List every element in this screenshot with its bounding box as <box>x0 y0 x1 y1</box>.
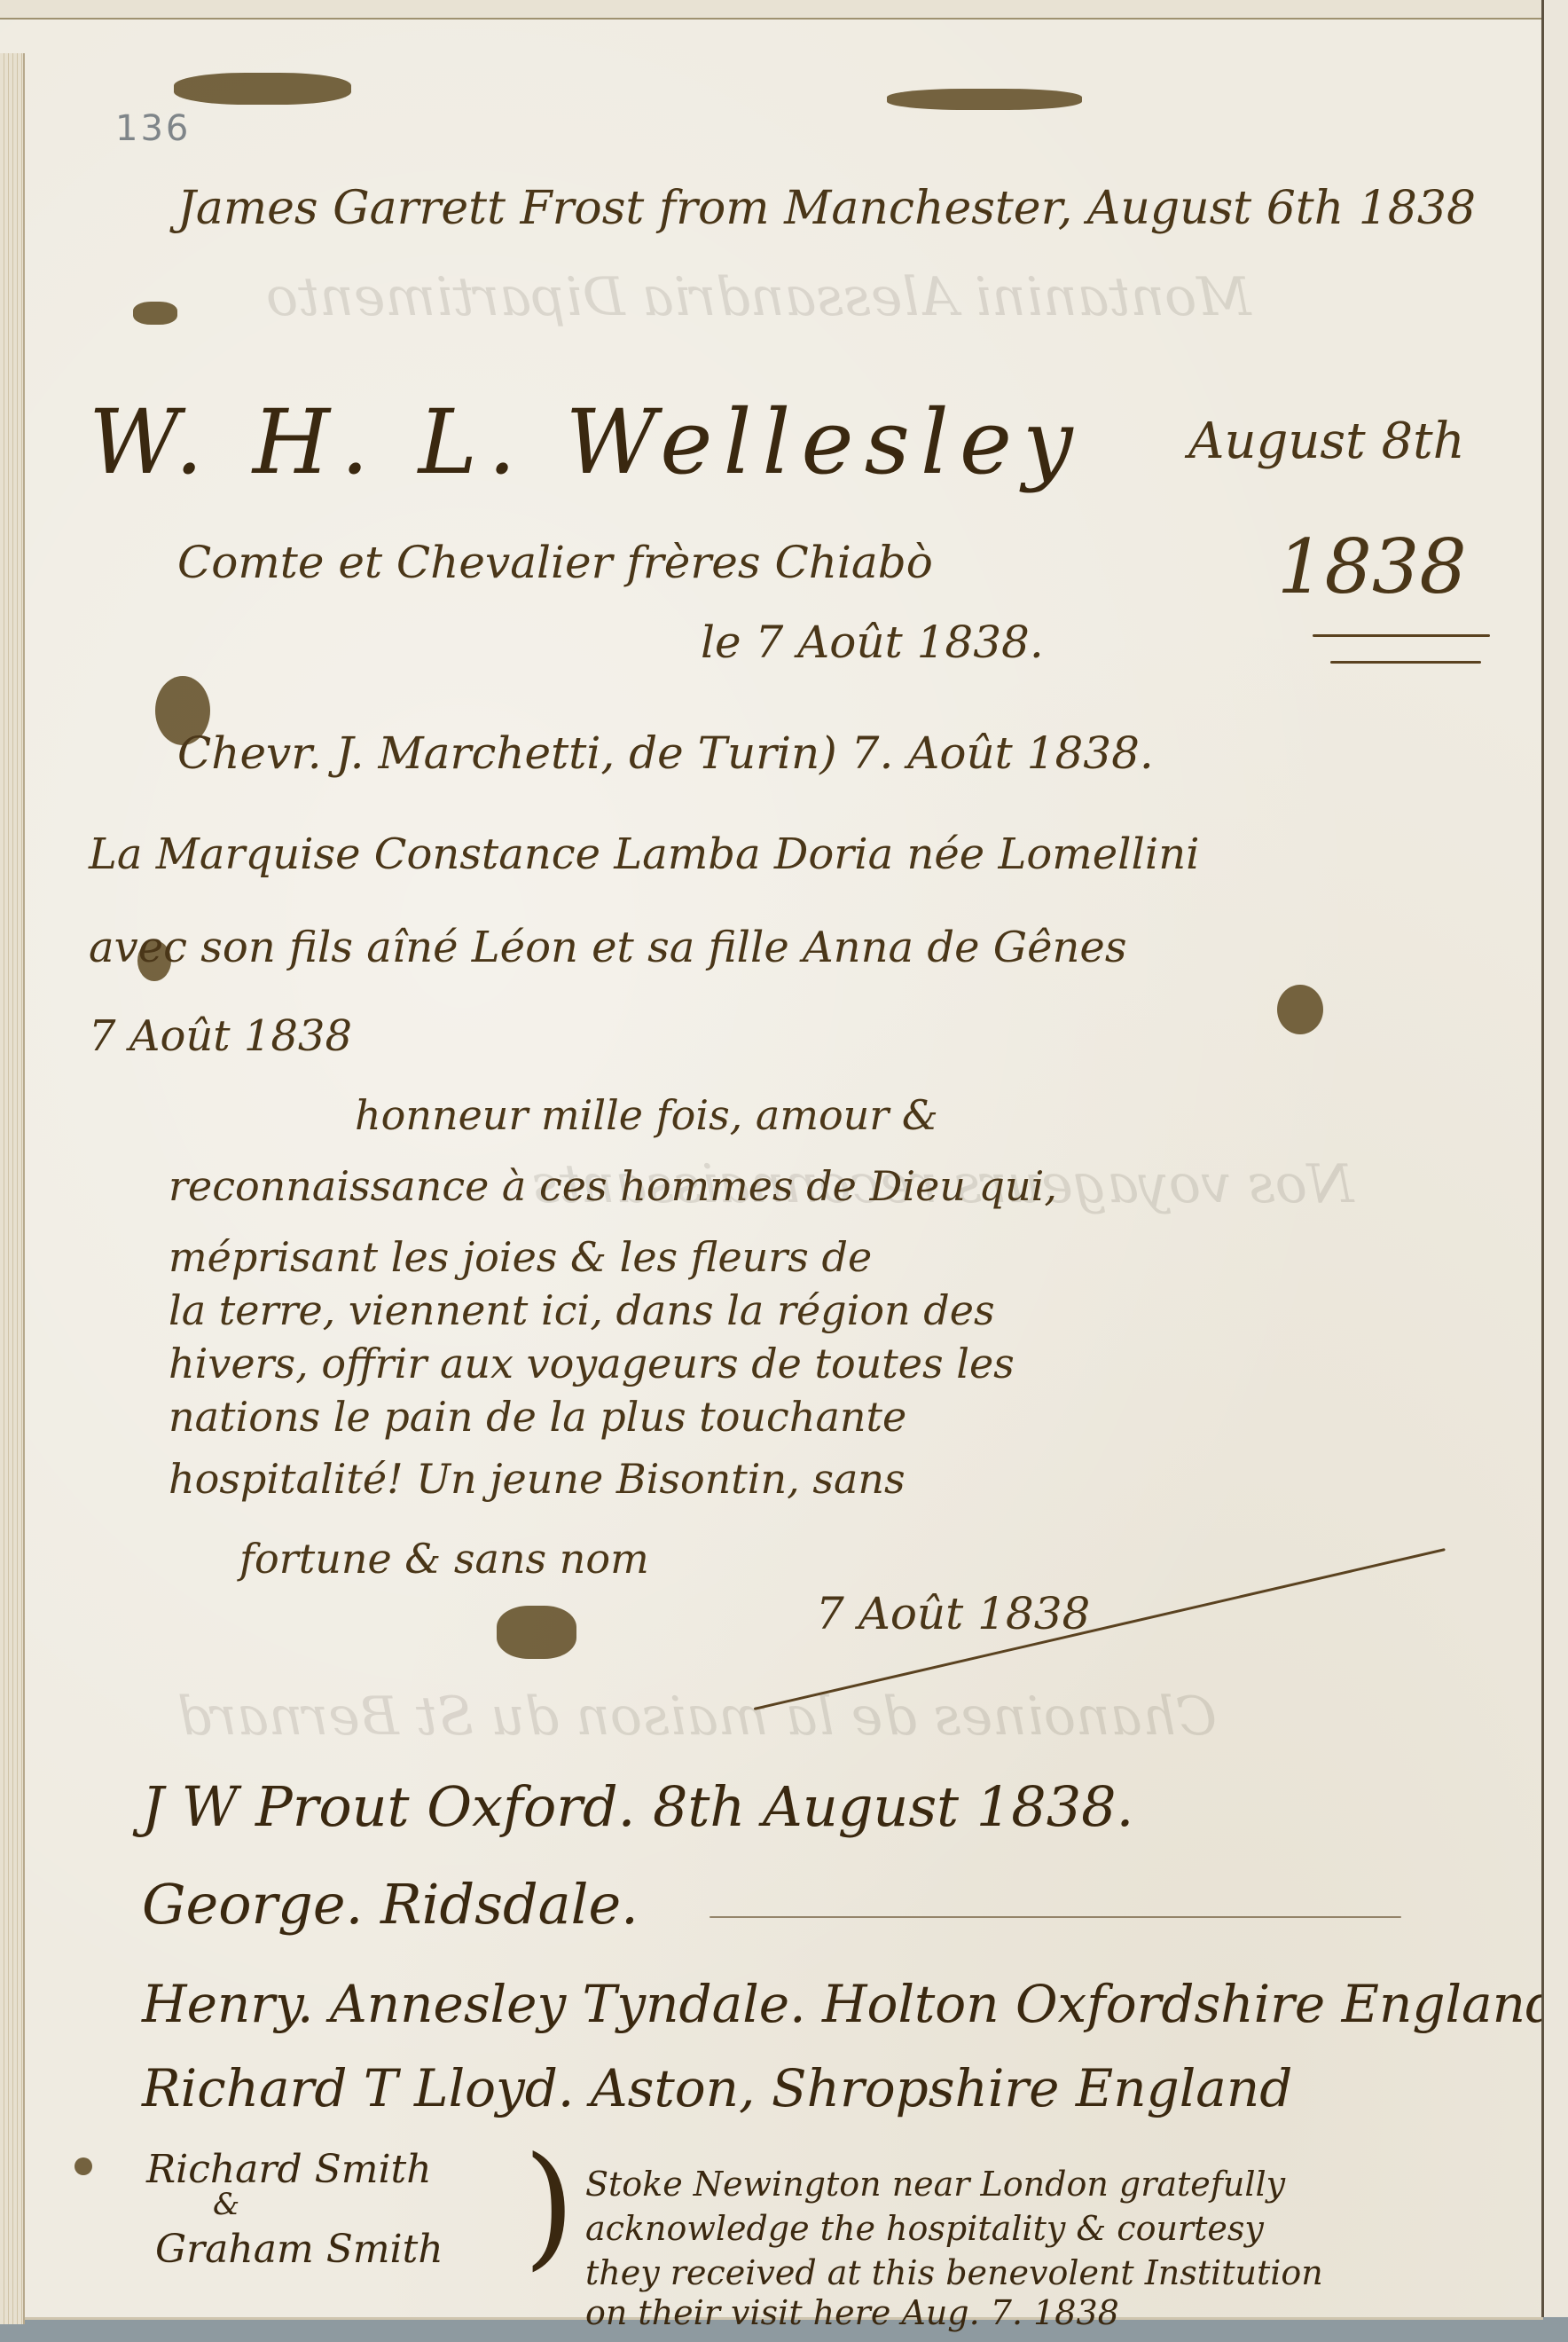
entry-frost: James Garrett Frost from Manchester, Aug… <box>177 182 1476 235</box>
entry-tyndale: Henry. Annesley Tyndale. Holton Oxfordsh… <box>142 1974 1558 2034</box>
entry-chiabo-names: Comte et Chevalier frères Chiabò <box>177 537 933 588</box>
ink-blot <box>1277 985 1323 1034</box>
bracket: ) <box>523 2129 576 2283</box>
entry-smith-name-1: Richard Smith <box>146 2147 432 2192</box>
entry-smith-note: Stoke Newington near London gratefully <box>585 2165 1285 2204</box>
entry-chiabo-date: le 7 Août 1838. <box>701 617 1044 668</box>
ink-smear <box>887 89 1082 110</box>
ink-blot <box>497 1606 576 1659</box>
entry-lloyd: Richard T Lloyd. Aston, Shropshire Engla… <box>142 2058 1292 2118</box>
entry-besontin-line: reconnaissance à ces hommes de Dieu qui, <box>169 1162 1057 1210</box>
flourish-line <box>710 1916 1401 1918</box>
entry-marquise-line2: avec son fils aîné Léon et sa fille Anna… <box>89 923 1126 972</box>
entry-prout: J W Prout Oxford. 8th August 1838. <box>142 1774 1133 1839</box>
entry-besontin-line: la terre, viennent ici, dans la région d… <box>169 1286 995 1334</box>
flourish-line <box>1330 661 1481 664</box>
entry-besontin-line: hospitalité! Un jeune Bisontin, sans <box>169 1455 906 1503</box>
entry-smith-note: they received at this benevolent Institu… <box>585 2253 1323 2292</box>
entry-besontin-line: hivers, offrir aux voyageurs de toutes l… <box>169 1340 1015 1387</box>
bleed-through-text: Chanoines de la maison du St Bernard <box>177 1686 1217 1748</box>
ink-smear <box>174 73 351 105</box>
entry-besontin-line: nations le pain de la plus touchante <box>169 1393 906 1441</box>
entry-besontin-line: fortune & sans nom <box>239 1535 649 1583</box>
entry-wellesley-year: 1838 <box>1277 523 1467 610</box>
entry-wellesley-date: August 8th <box>1188 413 1465 470</box>
entry-marquise-date: 7 Août 1838 <box>89 1011 352 1061</box>
entry-marchetti: Chevr. J. Marchetti, de Turin) 7. Août 1… <box>177 727 1154 779</box>
ink-blot <box>133 302 177 325</box>
book-spine-edge <box>1541 0 1568 2317</box>
page-top-edge <box>0 0 1543 20</box>
flourish-line <box>1313 634 1490 637</box>
ink-dot <box>74 2157 92 2175</box>
entry-smith-note: on their visit here Aug. 7. 1838 <box>585 2293 1119 2332</box>
manuscript-page: Montanini Alessandria Dipartimento Nos v… <box>0 0 1543 2320</box>
entry-besontin-date: 7 Août 1838 <box>816 1588 1090 1639</box>
entry-ridsdale: George. Ridsdale. <box>142 1872 639 1937</box>
entry-smith-ampersand: & <box>213 2187 239 2222</box>
entry-marquise-line1: La Marquise Constance Lamba Doria née Lo… <box>89 829 1199 879</box>
entry-wellesley-name: W. H. L. Wellesley <box>89 390 1084 494</box>
folio-number: 136 <box>115 108 191 149</box>
entry-besontin-line: méprisant les joies & les fleurs de <box>169 1233 872 1281</box>
entry-smith-name-2: Graham Smith <box>155 2227 443 2272</box>
bleed-through-text: Montanini Alessandria Dipartimento <box>266 266 1251 328</box>
page-stack-edge <box>0 53 25 2324</box>
entry-besontin-line: honneur mille fois, amour & <box>355 1091 938 1139</box>
entry-smith-note: acknowledge the hospitality & courtesy <box>585 2209 1264 2248</box>
